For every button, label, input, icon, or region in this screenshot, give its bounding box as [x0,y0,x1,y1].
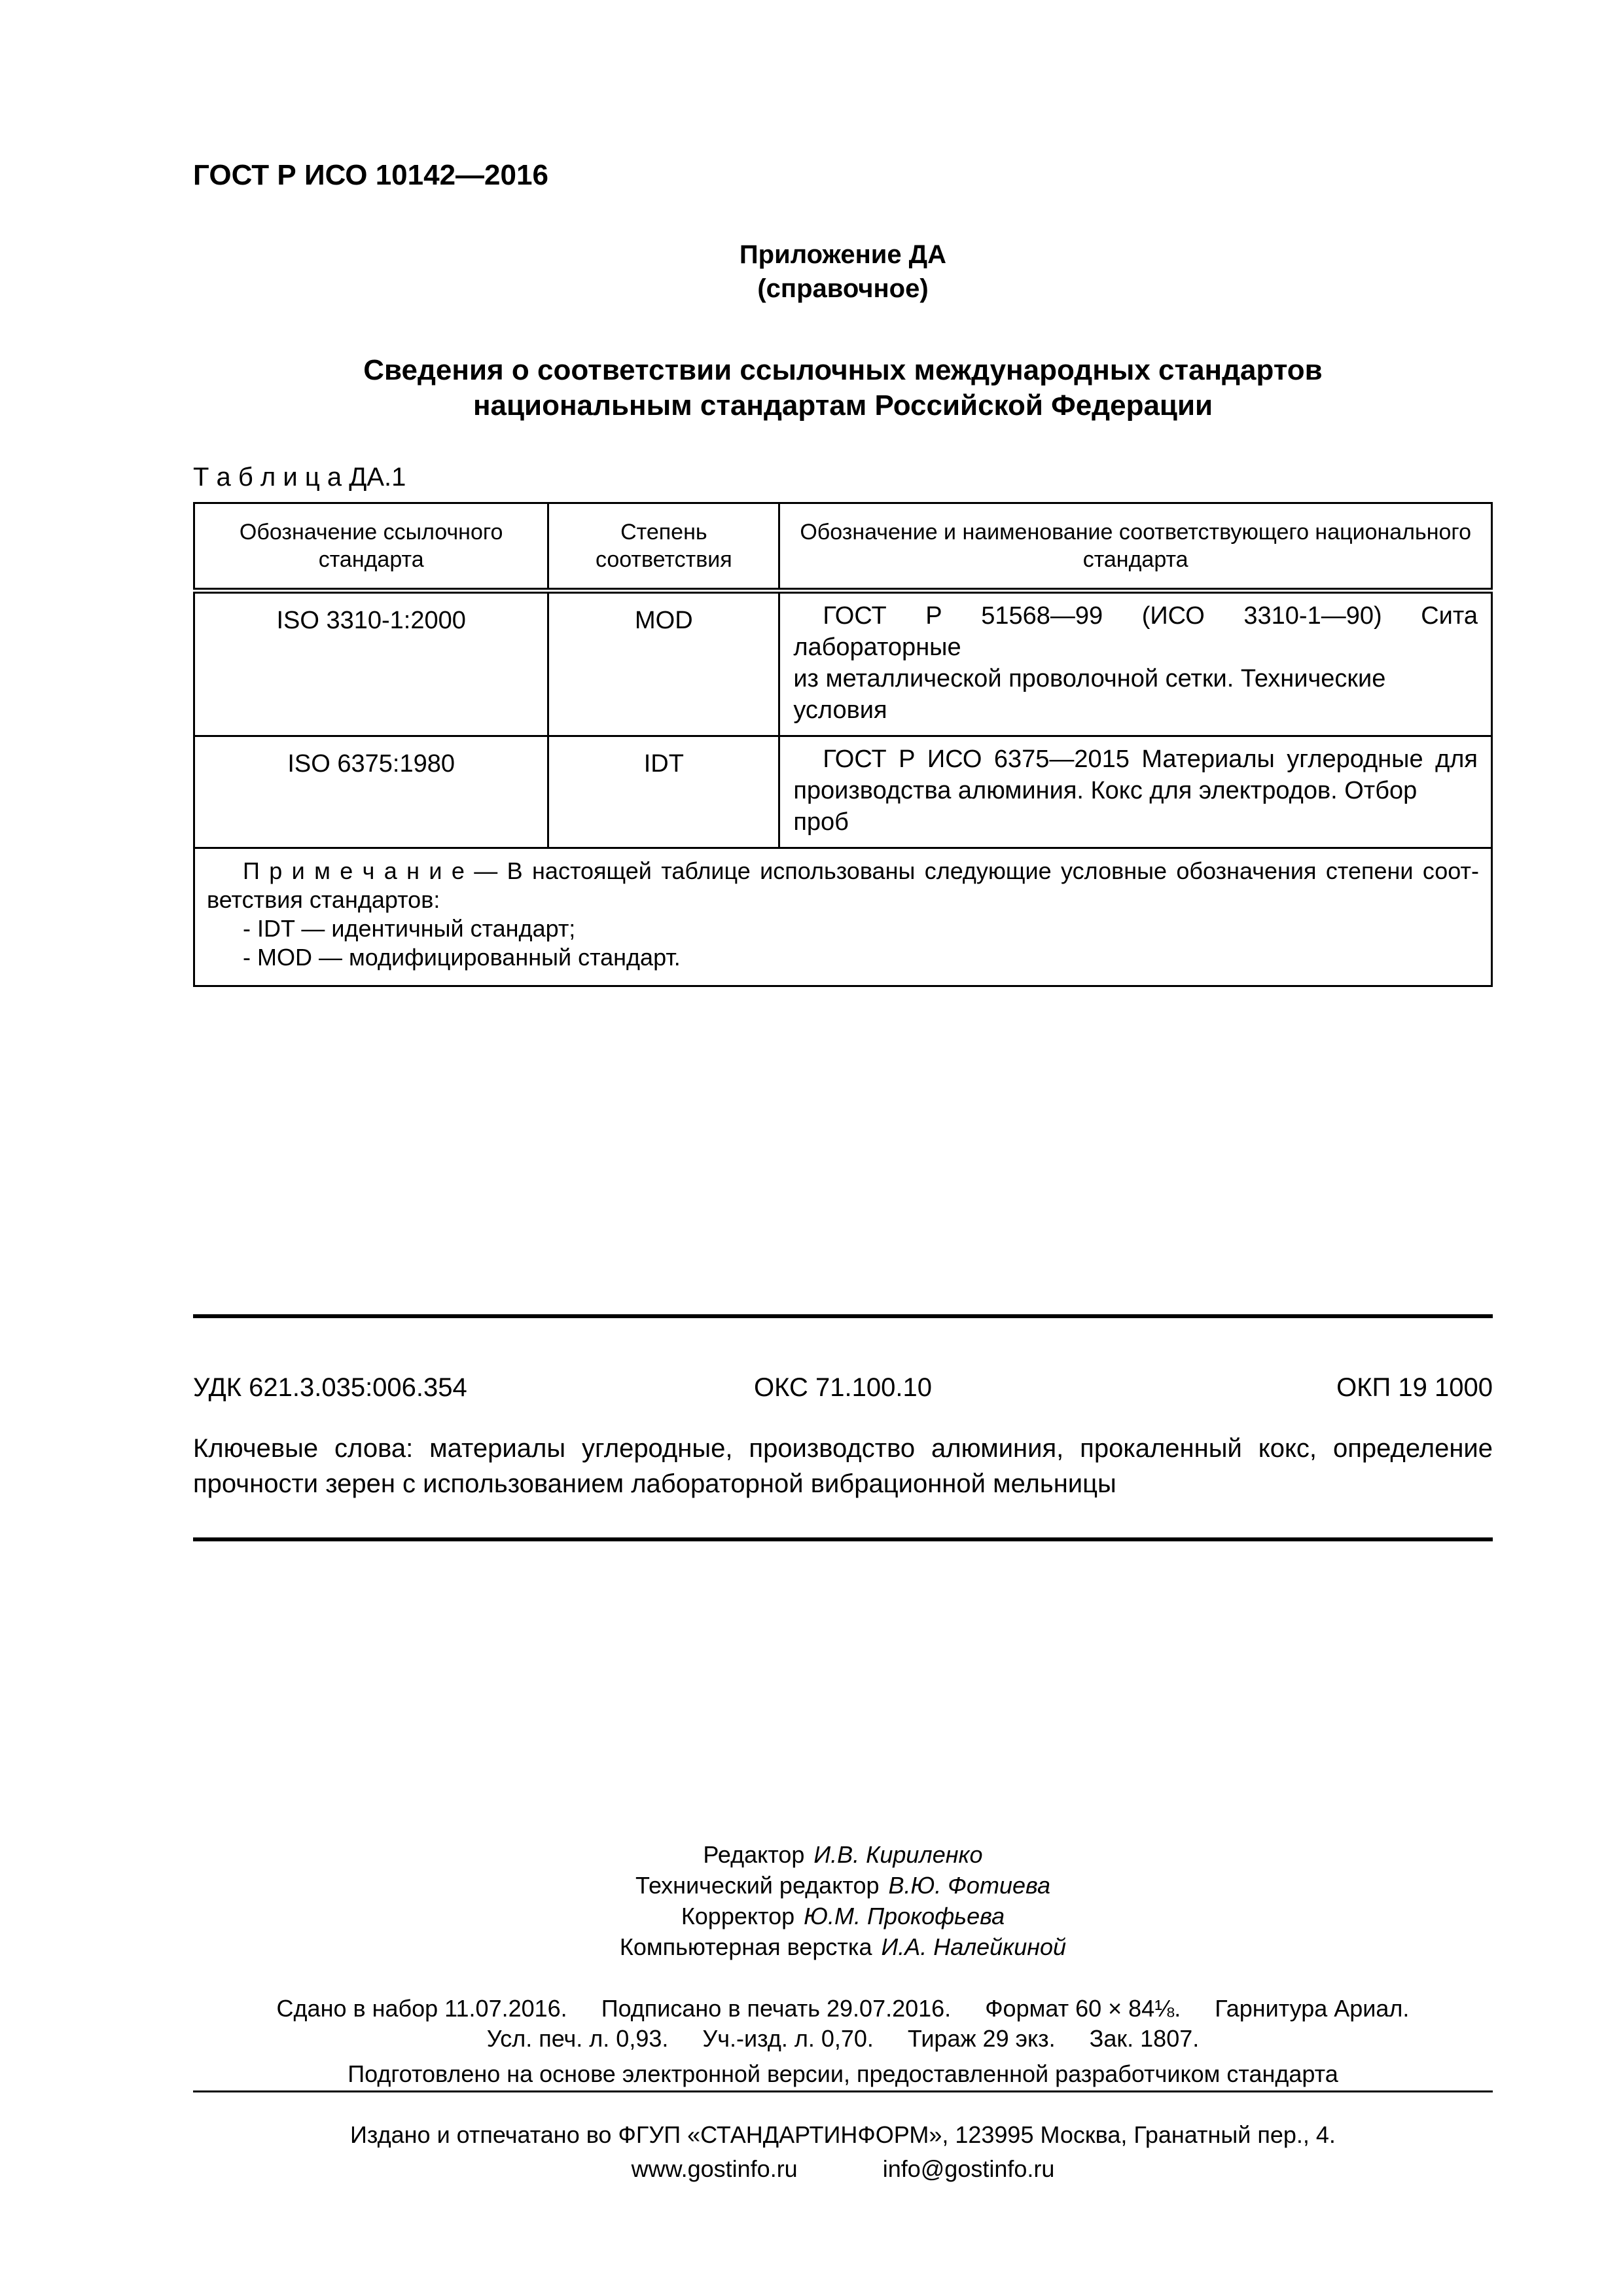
national-standard-line: ГОСТ Р ИСО 6375—2015 Материалы углеродны… [793,744,1478,775]
note-line: ветствия стандартов: [207,886,1479,914]
print-info-segment: Зак. 1807. [1090,2025,1200,2052]
degree-cell: IDT [548,736,779,848]
editor-name: В.Ю. Фотиева [888,1872,1050,1899]
note-line: - MOD — модифицированный стандарт. [207,943,1479,972]
correspondence-table: Обозначение ссылочного стандарта Степень… [193,502,1493,987]
udk-code: УДК 621.3.035:006.354 [193,1372,626,1403]
website-text: www.gostinfo.ru [632,2155,798,2182]
print-info-segment: Формат 60 × 84⅛. [985,1995,1181,2022]
keywords-paragraph: Ключевые слова: материалы углеродные, пр… [193,1431,1493,1501]
reference-standard-cell: ISO 6375:1980 [194,736,548,848]
annex-type: (справочное) [193,272,1493,306]
editorial-credits: РедакторИ.В. Кириленко Технический редак… [193,1839,1493,1962]
degree-cell: MOD [548,591,779,736]
national-standard-cell: ГОСТ Р 51568—99 (ИСО 3310-1—90) Сита лаб… [779,591,1492,736]
oks-code: ОКС 71.100.10 [626,1372,1060,1403]
editor-name: И.В. Кириленко [813,1841,982,1868]
national-standard-line: из металлической проволочной сетки. Техн… [793,663,1478,726]
editor-credit-line: Компьютерная версткаИ.А. Налейкиной [193,1931,1493,1962]
publisher-line: Издано и отпечатано во ФГУП «СТАНДАРТИНФ… [193,2120,1493,2150]
section-title-line-1: Сведения о соответствии ссылочных междун… [193,353,1493,388]
document-page: ГОСТ Р ИСО 10142—2016 Приложение ДА (спр… [0,0,1623,2296]
print-info-segment: Сдано в набор 11.07.2016. [277,1995,567,2022]
editor-name: И.А. Налейкиной [881,1933,1066,1960]
section-title: Сведения о соответствии ссылочных междун… [193,353,1493,423]
okp-code: ОКП 19 1000 [1060,1372,1493,1403]
table-row: ISO 6375:1980 IDT ГОСТ Р ИСО 6375—2015 М… [194,736,1492,848]
editor-role: Технический редактор [635,1872,880,1899]
note-line: П р и м е ч а н и е — В настоящей таблиц… [207,857,1479,886]
editor-role: Компьютерная верстка [620,1933,872,1960]
editor-role: Корректор [681,1903,794,1929]
keywords-line: Ключевые слова: материалы углеродные, пр… [193,1431,1493,1466]
annex-heading: Приложение ДА (справочное) [193,238,1493,306]
table-note-row: П р и м е ч а н и е — В настоящей таблиц… [194,848,1492,986]
print-info-line-1: Сдано в набор 11.07.2016.Подписано в печ… [193,1994,1493,2024]
print-info-line-2: Усл. печ. л. 0,93.Уч.-изд. л. 0,70.Тираж… [193,2024,1493,2054]
classification-codes-row: УДК 621.3.035:006.354 ОКС 71.100.10 ОКП … [193,1372,1493,1403]
table-row: ISO 3310-1:2000 MOD ГОСТ Р 51568—99 (ИСО… [194,591,1492,736]
doc-number: ГОСТ Р ИСО 10142—2016 [193,159,1493,192]
editor-name: Ю.М. Прокофьева [804,1903,1005,1929]
keywords-line: прочности зерен с использованием лаборат… [193,1466,1493,1501]
reference-standard-cell: ISO 3310-1:2000 [194,591,548,736]
print-info-segment: Усл. печ. л. 0,93. [487,2025,669,2052]
print-info-segment: Гарнитура Ариал. [1215,1995,1409,2022]
section-title-line-2: национальным стандартам Российской Федер… [193,388,1493,423]
divider-rule [193,2090,1493,2092]
annex-title: Приложение ДА [193,238,1493,272]
national-standard-cell: ГОСТ Р ИСО 6375—2015 Материалы углеродны… [779,736,1492,848]
table-header-row: Обозначение ссылочного стандарта Степень… [194,503,1492,591]
editor-credit-line: Технический редакторВ.Ю. Фотиева [193,1870,1493,1901]
table-caption: Т а б л и ц а ДА.1 [193,461,1493,493]
editor-credit-line: КорректорЮ.М. Прокофьева [193,1901,1493,1931]
prepared-note: Подготовлено на основе электронной верси… [193,2059,1493,2089]
national-standard-line: производства алюминия. Кокс для электрод… [793,775,1478,838]
national-standard-line: ГОСТ Р 51568—99 (ИСО 3310-1—90) Сита лаб… [793,600,1478,663]
print-info-segment: Тираж 29 экз. [908,2025,1056,2052]
print-info-segment: Уч.-изд. л. 0,70. [702,2025,874,2052]
editor-role: Редактор [703,1841,804,1868]
editor-credit-line: РедакторИ.В. Кириленко [193,1839,1493,1870]
header-degree: Степень соответствия [548,503,779,591]
table-note-cell: П р и м е ч а н и е — В настоящей таблиц… [194,848,1492,986]
header-reference-standard: Обозначение ссылочного стандарта [194,503,548,591]
divider-rule [193,1314,1493,1318]
divider-rule [193,1537,1493,1541]
header-national-standard: Обозначение и наименование соответствующ… [779,503,1492,591]
print-info-segment: Подписано в печать 29.07.2016. [601,1995,952,2022]
note-line: - IDT — идентичный стандарт; [207,914,1479,943]
contact-links: www.gostinfo.ruinfo@gostinfo.ru [193,2154,1493,2184]
email-text: info@gostinfo.ru [883,2155,1055,2182]
